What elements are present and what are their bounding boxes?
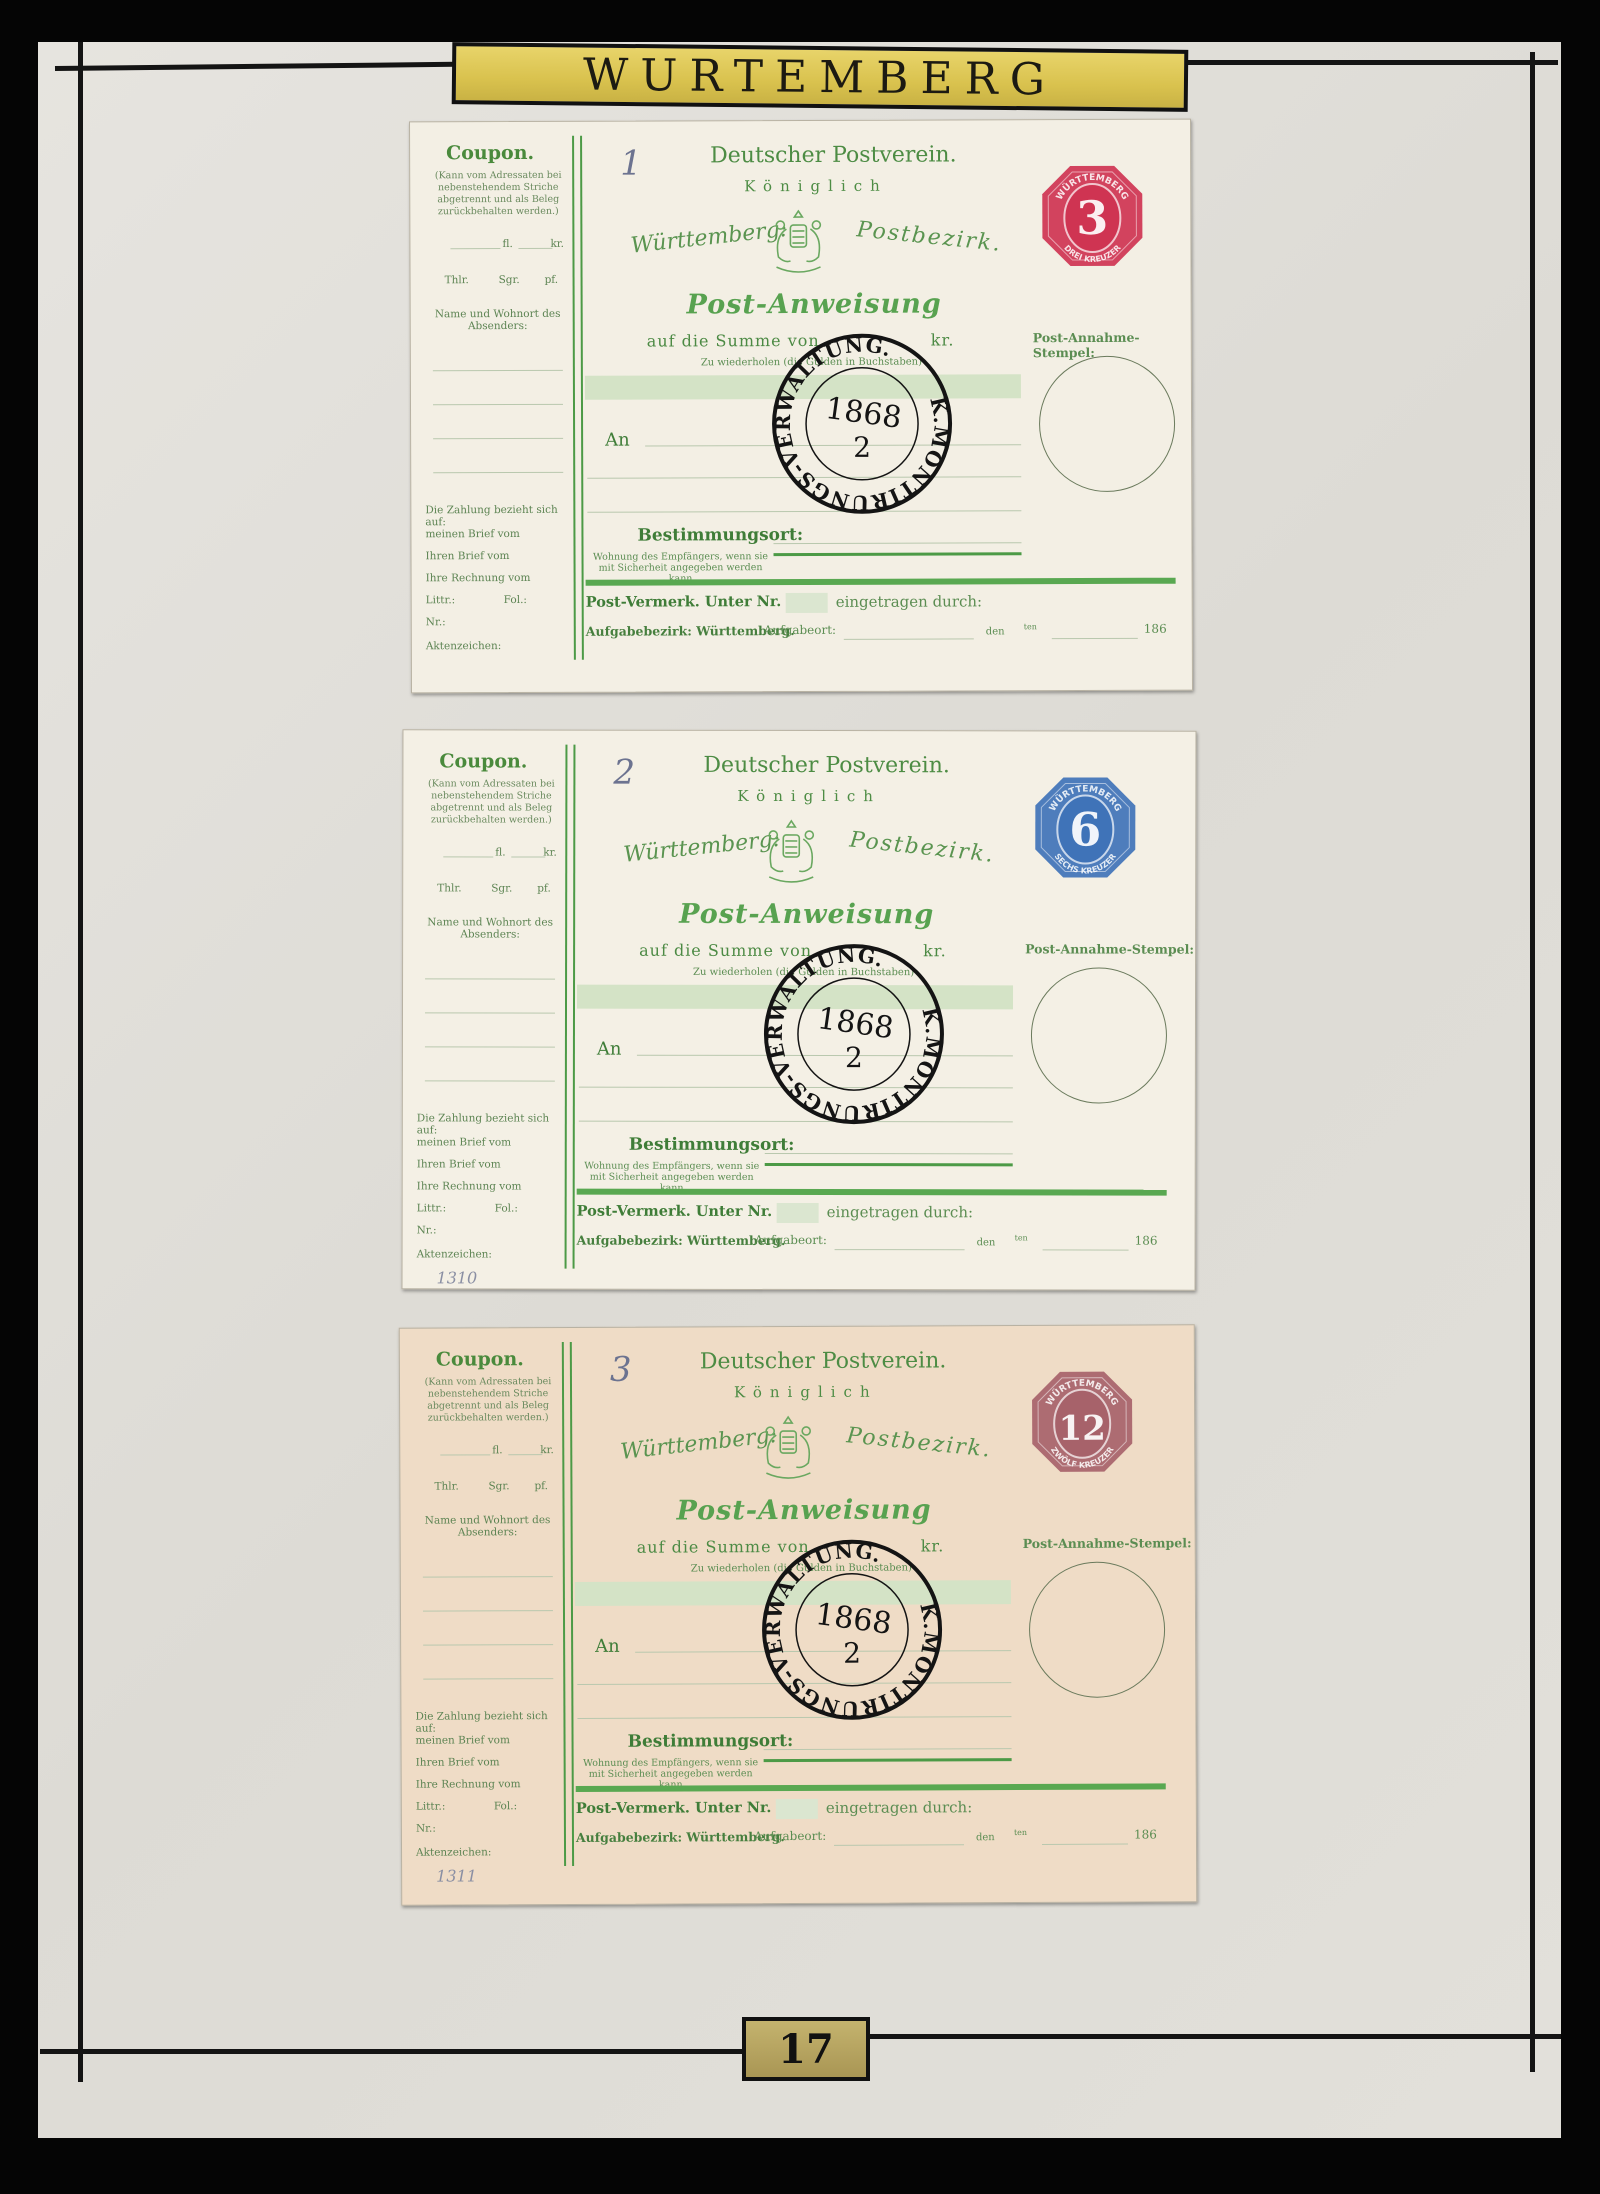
sender-line-3: [423, 1644, 553, 1646]
header-koeniglich: Königlich: [744, 177, 888, 196]
frame-bottom-line-left: [40, 2049, 744, 2054]
eingetragen-label: eingetragen durch:: [826, 1798, 972, 1817]
post-vermerk-label: Post-Vermerk. Unter Nr.: [576, 1799, 772, 1817]
fl-line: [443, 856, 493, 857]
post-anweisung-title: Post-Anweisung: [679, 899, 934, 930]
aufgabeort-label: Aufgabeort:: [755, 1233, 827, 1247]
aufgabeort-line: [834, 1844, 964, 1846]
kr-label: kr.: [540, 1444, 554, 1456]
postbezirk-label: Postbezirk.: [848, 828, 996, 868]
kr-line: [508, 1454, 542, 1455]
brief1-label: meinen Brief vom: [425, 528, 519, 540]
wuerttemberg-label: Württemberg:: [619, 1423, 778, 1465]
post-anweisung-title: Post-Anweisung: [687, 289, 942, 321]
fl-line: [440, 1454, 490, 1455]
coupon-title: Coupon.: [410, 142, 570, 165]
littr-label: Littr.:: [416, 1801, 446, 1813]
frame-left-line: [78, 42, 83, 2082]
bestimmungsort-underline: [765, 1163, 1013, 1166]
kr-label: kr.: [543, 847, 557, 859]
svg-text:12: 12: [1058, 1409, 1106, 1449]
ten-label: ten: [1015, 1233, 1028, 1242]
eingetragen-label: eingetragen durch:: [827, 1203, 973, 1221]
circular-postmark-cancel: K.MONTIRUNGS-VERWALTUNG.18682: [767, 328, 958, 519]
brief1-label: meinen Brief vom: [416, 1734, 510, 1746]
perforation-line-1: [562, 1342, 566, 1866]
annahme-stamp-circle: [1029, 1561, 1166, 1698]
sgr-label: Sgr.: [491, 882, 512, 894]
an-label: An: [595, 1636, 620, 1657]
frame-bottom-line-right: [868, 2034, 1561, 2039]
circular-postmark-cancel: K.MONTIRUNGS-VERWALTUNG.18682: [759, 939, 949, 1129]
perforation-line-2: [570, 1342, 574, 1866]
coupon-note: (Kann vom Adressaten bei nebenstehendem …: [418, 1376, 558, 1425]
annahme-stempel-label: Post-Annahme-Stempel:: [1023, 1535, 1192, 1551]
brief2-label: Ihren Brief vom: [426, 550, 510, 562]
zahlung-label: Die Zahlung bezieht sich auf:: [425, 504, 571, 529]
bestimmungsort-underline: [774, 552, 1022, 556]
date-line: [1043, 1249, 1129, 1250]
coupon-section: Coupon. (Kann vom Adressaten bei nebenst…: [410, 122, 572, 693]
form-divider: [586, 578, 1176, 586]
aufgabeort-line: [844, 638, 974, 639]
wuerttemberg-label: Württemberg:: [622, 827, 781, 868]
country-title: WURTEMBERG: [583, 49, 1057, 105]
bestimmungsort-line: [773, 542, 1021, 544]
postal-money-order-card-3: Coupon. (Kann vom Adressaten bei nebenst…: [399, 1324, 1198, 1905]
date-line: [1052, 638, 1138, 639]
header-koeniglich: Königlich: [737, 787, 881, 805]
sender-label: Name und Wohnort des Absenders:: [417, 916, 563, 940]
post-anweisung-title: Post-Anweisung: [676, 1494, 931, 1526]
post-vermerk-label: Post-Vermerk. Unter Nr.: [577, 1203, 773, 1220]
embossed-postage-stamp-icon: WÜRTTEMBERGZWÖLF KREUZER12: [1028, 1368, 1136, 1476]
annahme-stamp-circle: [1039, 356, 1175, 492]
svg-text:1868: 1868: [813, 1597, 893, 1642]
year-prefix: 186: [1135, 1234, 1158, 1248]
bestimmungsort-underline: [764, 1758, 1012, 1762]
annahme-stempel-label: Post-Annahme-Stempel:: [1025, 941, 1194, 956]
thlr-label: Thlr.: [437, 882, 461, 894]
rechnung-label: Ihre Rechnung vom: [426, 572, 531, 584]
perforation-line-2: [580, 136, 584, 660]
coupon-section: Coupon. (Kann vom Adressaten bei nebenst…: [403, 730, 564, 1288]
coat-of-arms-icon: [756, 1413, 820, 1485]
littr-label: Littr.:: [426, 594, 456, 606]
bestimmungsort-line: [764, 1748, 1012, 1750]
nr-label: Nr.:: [426, 616, 446, 628]
embossed-postage-stamp-icon: WÜRTTEMBERGSECHS KREUZER6: [1031, 773, 1139, 881]
pencil-mark: 2: [613, 753, 635, 793]
ten-label: ten: [1014, 1828, 1027, 1837]
kr-label: kr.: [550, 238, 564, 250]
fl-label: fl.: [502, 238, 512, 250]
fol-label: Fol.:: [504, 594, 527, 606]
wuerttemberg-label: Württemberg:: [630, 217, 789, 259]
sender-line-3: [425, 1046, 555, 1047]
vermerk-number-field: [776, 1799, 818, 1819]
vermerk-number-field: [786, 593, 828, 613]
year-prefix: 186: [1134, 1827, 1157, 1841]
aktenzeichen-label: Aktenzeichen:: [417, 1248, 492, 1260]
sender-line-1: [433, 370, 563, 371]
brief1-label: meinen Brief vom: [417, 1136, 511, 1148]
vermerk-number-field: [777, 1203, 819, 1223]
perforation-line-2: [573, 745, 576, 1269]
brief2-label: Ihren Brief vom: [416, 1756, 500, 1768]
thlr-label: Thlr.: [445, 274, 469, 286]
embossed-postage-stamp-icon: WÜRTTEMBERGDREI KREUZER3: [1038, 162, 1146, 270]
annahme-stamp-circle: [1031, 967, 1167, 1103]
page-number-box: 17: [742, 2017, 870, 2081]
coupon-note: (Kann vom Adressaten bei nebenstehendem …: [428, 170, 568, 218]
fol-label: Fol.:: [494, 1800, 517, 1812]
nr-label: Nr.:: [416, 1823, 436, 1835]
year-prefix: 186: [1144, 622, 1167, 636]
svg-text:2: 2: [843, 1637, 861, 1670]
postbezirk-label: Postbezirk.: [845, 1423, 993, 1462]
sender-label: Name und Wohnort des Absenders:: [425, 308, 571, 333]
coat-of-arms-icon: [759, 817, 823, 889]
coat-of-arms-icon: [766, 207, 830, 279]
coupon-note: (Kann vom Adressaten bei nebenstehendem …: [421, 778, 561, 826]
postal-money-order-card-2: Coupon. (Kann vom Adressaten bei nebenst…: [402, 729, 1197, 1290]
sgr-label: Sgr.: [488, 1480, 509, 1492]
sender-line-2: [423, 1610, 553, 1612]
fl-label: fl.: [495, 846, 505, 858]
frame-top-line-right: [1186, 60, 1558, 65]
circular-postmark-cancel: K.MONTIRUNGS-VERWALTUNG.18682: [757, 1534, 948, 1725]
perforation-line-1: [565, 745, 568, 1269]
zahlung-label: Die Zahlung bezieht sich auf:: [417, 1112, 563, 1136]
pencil-mark: 1: [620, 144, 642, 184]
svg-text:1868: 1868: [815, 1001, 896, 1046]
svg-text:6: 6: [1069, 802, 1101, 856]
header-postverein: Deutscher Postverein.: [703, 753, 949, 778]
kr-line: [511, 856, 545, 857]
catalog-pencil-number: 1310: [437, 1268, 478, 1287]
postal-money-order-card-1: Coupon. (Kann vom Adressaten bei nebenst…: [409, 119, 1193, 694]
aufgabeort-line: [835, 1249, 965, 1250]
eingetragen-label: eingetragen durch:: [836, 592, 982, 611]
sender-line-3: [433, 438, 563, 439]
zahlung-label: Die Zahlung bezieht sich auf:: [415, 1710, 561, 1735]
sender-line-4: [433, 472, 563, 473]
svg-text:1868: 1868: [823, 391, 903, 436]
sgr-label: Sgr.: [499, 274, 520, 286]
perforation-line-1: [572, 136, 576, 660]
post-vermerk-label: Post-Vermerk. Unter Nr.: [586, 593, 782, 611]
littr-label: Littr.:: [417, 1202, 447, 1214]
header-koeniglich: Königlich: [734, 1383, 878, 1402]
an-label: An: [597, 1039, 622, 1060]
frame-right-line: [1530, 52, 1535, 2072]
nr-label: Nr.:: [417, 1224, 437, 1236]
den-label: den: [976, 1832, 995, 1843]
country-title-banner: WURTEMBERG: [452, 42, 1189, 112]
an-label: An: [605, 430, 630, 451]
svg-text:2: 2: [845, 1041, 863, 1074]
sender-line-2: [433, 404, 563, 405]
svg-text:2: 2: [853, 431, 871, 464]
sender-line-4: [423, 1678, 553, 1680]
thlr-label: Thlr.: [434, 1480, 458, 1492]
fl-label: fl.: [492, 1444, 502, 1456]
brief2-label: Ihren Brief vom: [417, 1158, 501, 1170]
sender-line-1: [423, 1576, 553, 1578]
bestimmungsort-line: [765, 1153, 1013, 1154]
aufgabeort-label: Aufgabeort:: [764, 623, 836, 637]
coupon-section: Coupon. (Kann vom Adressaten bei nebenst…: [400, 1328, 563, 1905]
rechnung-label: Ihre Rechnung vom: [417, 1180, 522, 1192]
header-postverein: Deutscher Postverein.: [700, 1348, 947, 1374]
aktenzeichen-label: Aktenzeichen:: [416, 1846, 491, 1858]
form-divider: [576, 1783, 1166, 1792]
aktenzeichen-label: Aktenzeichen:: [426, 640, 501, 652]
sender-line-2: [425, 1012, 555, 1013]
ten-label: ten: [1024, 622, 1037, 631]
fol-label: Fol.:: [495, 1202, 518, 1214]
pf-label: pf.: [545, 274, 559, 286]
catalog-pencil-number: 1311: [436, 1866, 477, 1885]
rechnung-label: Ihre Rechnung vom: [416, 1778, 521, 1790]
coupon-title: Coupon.: [403, 750, 563, 772]
kr-line: [518, 248, 552, 249]
postbezirk-label: Postbezirk.: [856, 217, 1004, 257]
den-label: den: [977, 1237, 996, 1248]
form-divider: [577, 1189, 1167, 1196]
sender-line-1: [425, 978, 555, 979]
pf-label: pf.: [534, 1480, 548, 1492]
pencil-mark: 3: [610, 1350, 632, 1390]
svg-text:3: 3: [1076, 191, 1108, 245]
sender-label: Name und Wohnort des Absenders:: [415, 1514, 561, 1539]
date-line: [1042, 1844, 1128, 1845]
pf-label: pf.: [537, 883, 551, 895]
header-postverein: Deutscher Postverein.: [710, 142, 957, 168]
sender-line-4: [425, 1080, 555, 1081]
bestimmungsort-label: Bestimmungsort:: [629, 1135, 795, 1155]
fl-line: [450, 248, 500, 249]
coupon-title: Coupon.: [400, 1348, 560, 1371]
den-label: den: [986, 626, 1005, 637]
page-number: 17: [778, 2026, 834, 2073]
aufgabeort-label: Aufgabeort:: [754, 1829, 826, 1843]
